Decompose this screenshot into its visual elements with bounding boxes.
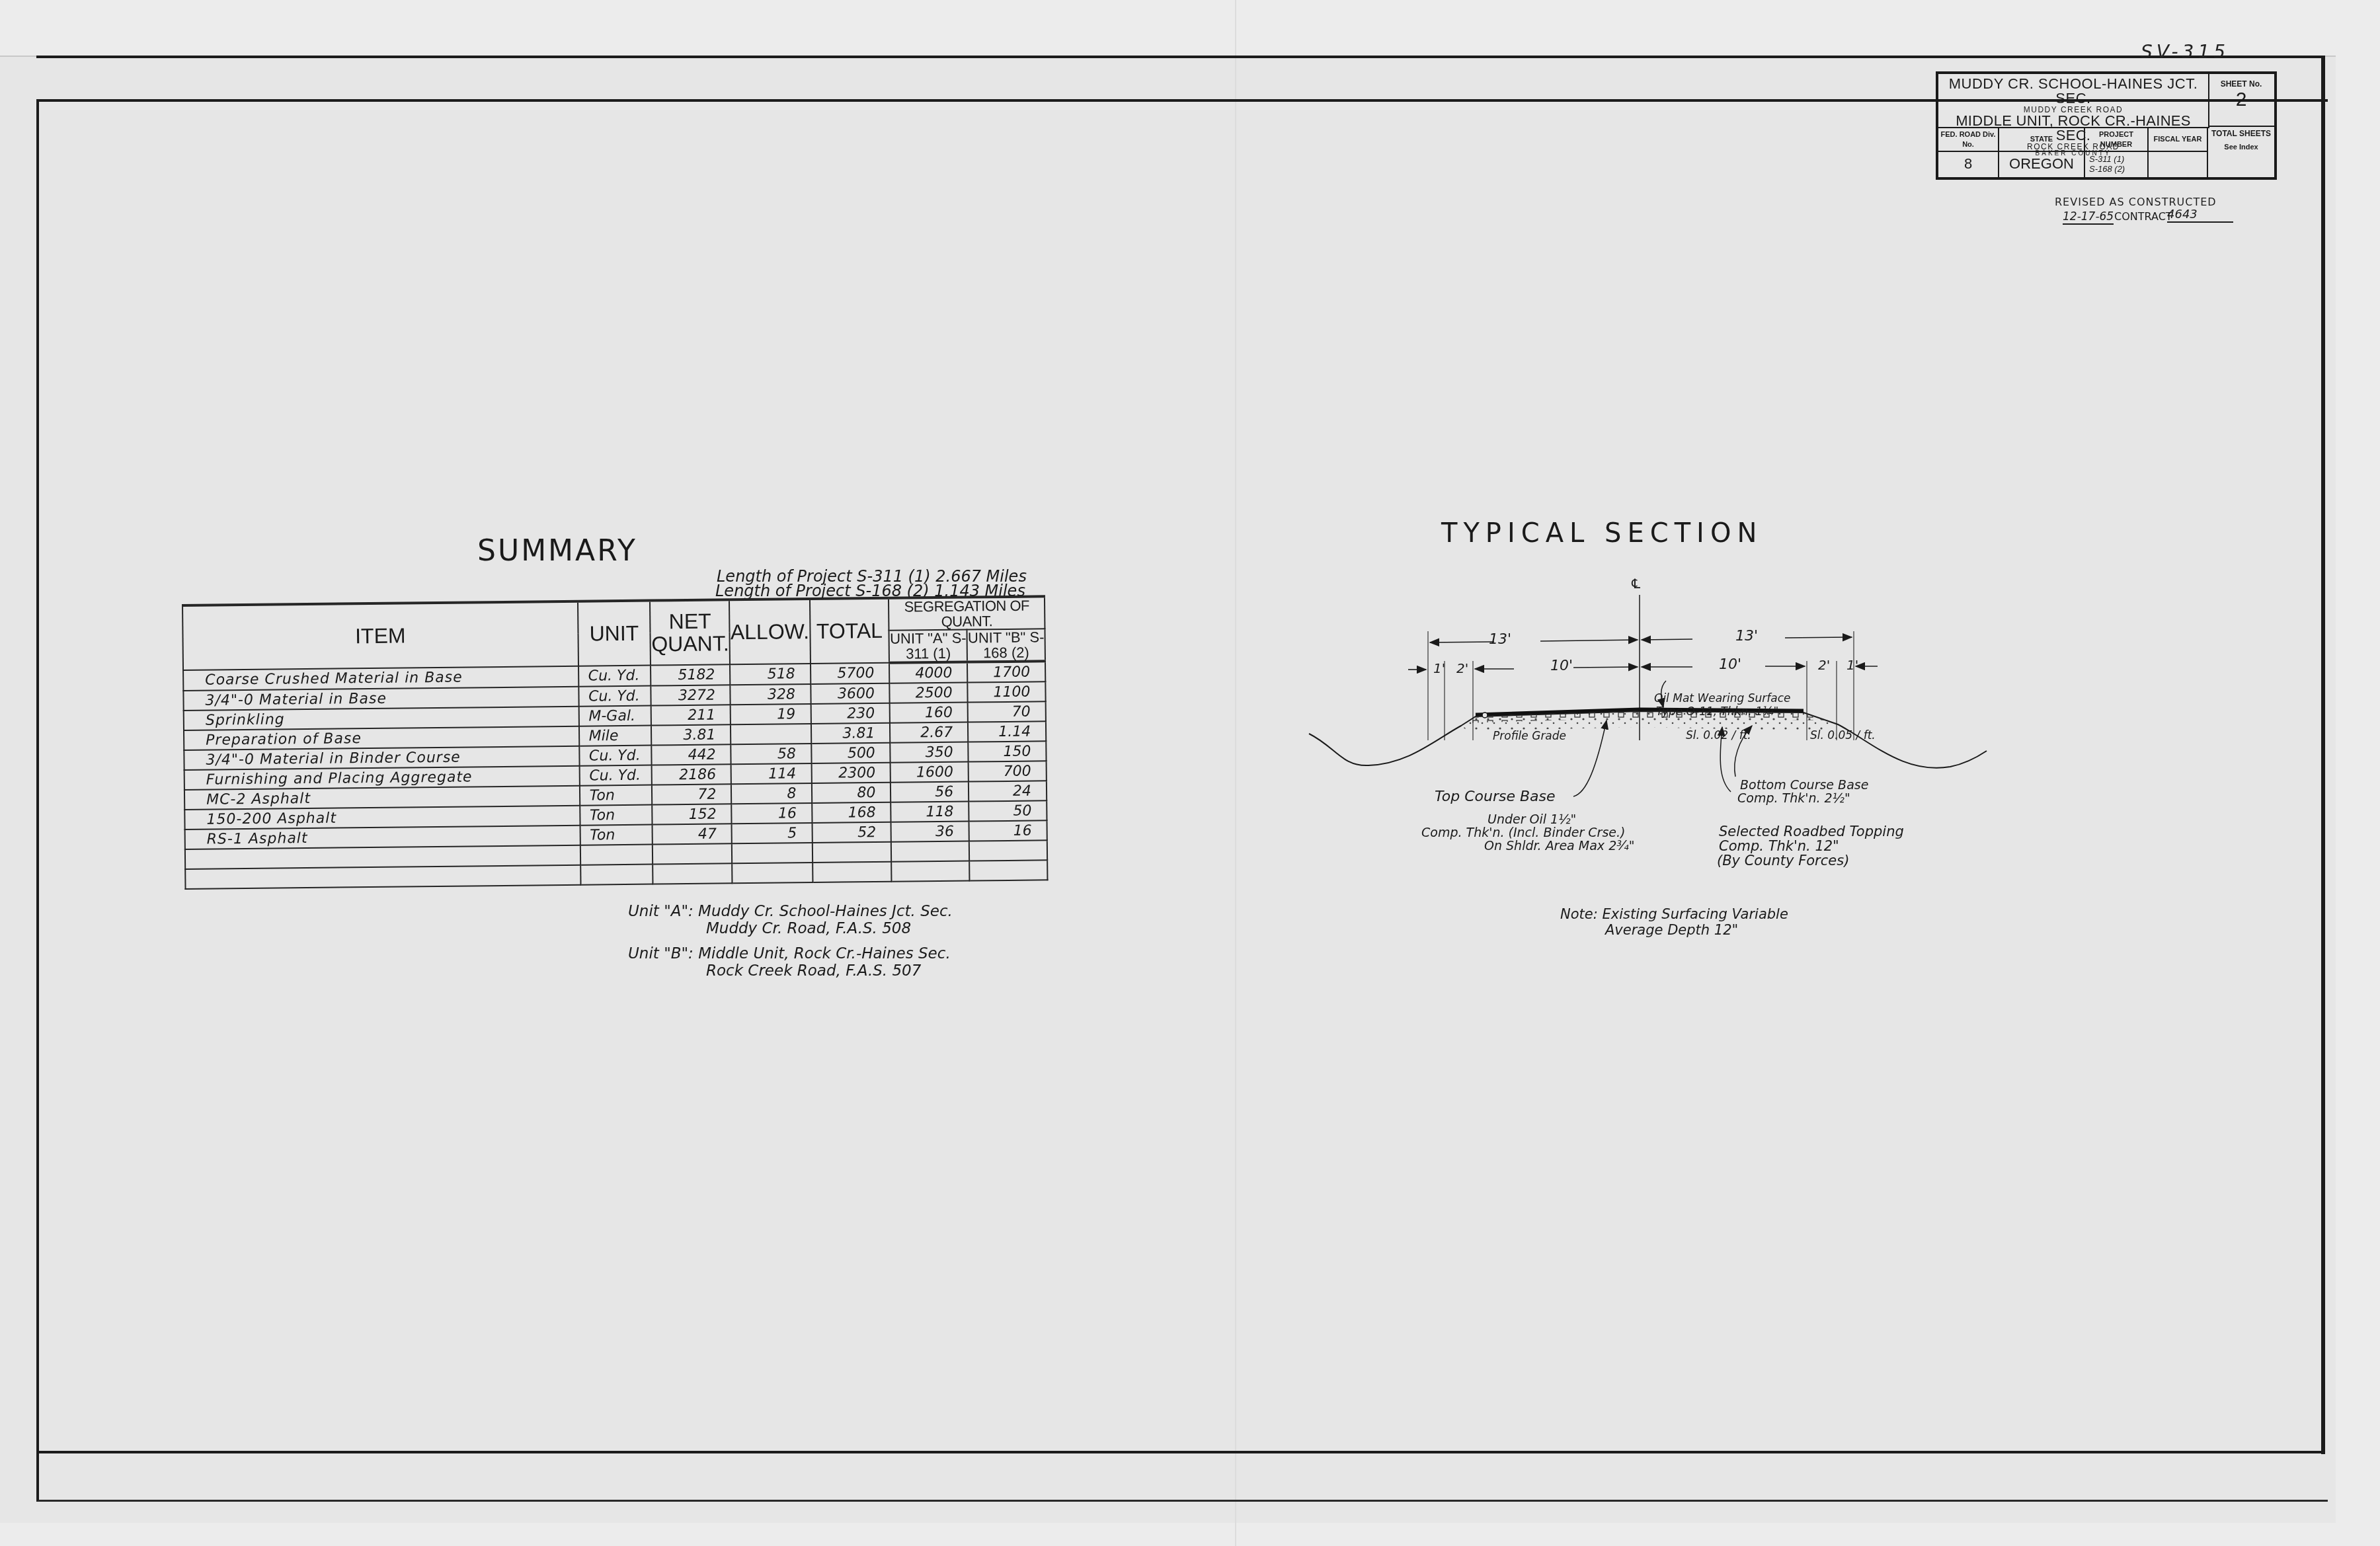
dim-10-left: 10' xyxy=(1550,658,1573,675)
unit-notes: Unit "A": Muddy Cr. School-Haines Jct. S… xyxy=(628,903,953,987)
revision-note: REVISED AS CONSTRUCTED xyxy=(2055,196,2217,208)
typical-section-drawing xyxy=(1296,568,1997,806)
net-quant-cell: 3.81 xyxy=(651,725,731,746)
net-quant-cell: 72 xyxy=(652,785,731,805)
unit-a-label: Unit "A": xyxy=(628,903,694,920)
total-sheets-value: See Index xyxy=(2208,143,2274,152)
header-unit-b: UNIT "B" S-168 (2) xyxy=(967,629,1045,662)
typical-section-title: TYPICAL SECTION xyxy=(1441,518,1763,549)
unit-a-cell: 56 xyxy=(891,782,969,802)
dim-2-left: 2' xyxy=(1456,660,1468,677)
net-quant-cell xyxy=(653,864,733,884)
project-number-label: PROJECT NUMBER xyxy=(2085,127,2147,152)
allow-cell: 8 xyxy=(731,783,811,804)
unit-a-cell: 36 xyxy=(891,822,969,842)
total-cell: 3.81 xyxy=(811,723,890,744)
unit-b-note: Unit "B": Middle Unit, Rock Cr.-Haines S… xyxy=(628,945,953,980)
unit-a-cell: 2.67 xyxy=(890,722,968,743)
header-unit: UNIT xyxy=(578,601,651,667)
total-cell: 52 xyxy=(812,822,891,843)
item-cell xyxy=(185,865,580,889)
unit-cell: Ton xyxy=(580,805,653,826)
inner-border-top xyxy=(36,56,2324,58)
contract-label: CONTRACT xyxy=(2114,210,2172,223)
sheet-number-cell: SHEET No. 2 xyxy=(2208,74,2274,127)
header-total: TOTAL xyxy=(809,598,889,664)
allow-cell: 19 xyxy=(731,704,811,724)
surfacing-note-2: Average Depth 12" xyxy=(1605,921,1738,939)
total-cell xyxy=(813,862,892,882)
fed-road-value: 8 xyxy=(1938,152,1998,176)
unit-cell: Cu. Yd. xyxy=(579,765,652,786)
allow-cell: 328 xyxy=(731,684,811,705)
unit-a-line1: Muddy Cr. School-Haines Jct. Sec. xyxy=(698,903,953,920)
unit-b-cell: 24 xyxy=(969,781,1047,802)
unit-b-cell: 16 xyxy=(969,821,1047,841)
surfacing-note-1: Note: Existing Surfacing Variable xyxy=(1560,906,1788,923)
dim-1-right: 1' xyxy=(1846,656,1858,674)
unit-b-cell: 1.14 xyxy=(968,722,1046,742)
project-title-1: MUDDY CR. SCHOOL-HAINES JCT. SEC. xyxy=(1938,77,2208,106)
bottom-course-label-1: Bottom Course Base xyxy=(1740,779,1868,792)
revision-date: 12-17-65 xyxy=(2063,210,2114,225)
unit-cell: Cu. Yd. xyxy=(579,746,652,766)
summary-table: ITEM UNIT NET QUANT. ALLOW. TOTAL SEGREG… xyxy=(182,595,1048,890)
unit-cell: Mile xyxy=(579,726,652,746)
unit-b-cell xyxy=(969,861,1047,881)
net-quant-cell: 3272 xyxy=(651,685,731,706)
allow-cell: 16 xyxy=(732,803,812,824)
unit-a-cell: 160 xyxy=(890,703,968,723)
roadbed-topping-label-2: Comp. Thk'n. 12" xyxy=(1719,839,1839,853)
net-quant-cell xyxy=(653,844,732,865)
bottom-course-label-2: Comp. Thk'n. 2½" xyxy=(1737,792,1850,805)
net-quant-cell: 47 xyxy=(653,824,732,845)
net-quant-cell: 211 xyxy=(651,705,731,726)
drawing-number: SV-315 xyxy=(2141,41,2229,63)
under-oil-label-2: Comp. Thk'n. (Incl. Binder Crse.) xyxy=(1421,826,1625,839)
project-number-values: S-311 (1) S-168 (2) xyxy=(2085,152,2147,178)
state-cell: STATE OREGON xyxy=(1999,127,2085,177)
unit-b-cell: 70 xyxy=(968,702,1046,722)
header-segregation: SEGREGATION OF QUANT. xyxy=(889,596,1045,631)
summary-title: SUMMARY xyxy=(477,534,637,568)
net-quant-cell: 442 xyxy=(652,745,731,765)
unit-a-note: Unit "A": Muddy Cr. School-Haines Jct. S… xyxy=(628,903,953,937)
title-block: MUDDY CR. SCHOOL-HAINES JCT. SEC. MUDDY … xyxy=(1936,71,2277,180)
unit-b-cell: 700 xyxy=(969,761,1047,782)
header-unit-a: UNIT "A" S-311 (1) xyxy=(889,630,967,663)
fiscal-year-cell: FISCAL YEAR xyxy=(2149,127,2208,177)
state-label: STATE xyxy=(1999,127,2084,152)
allow-cell: 58 xyxy=(731,744,811,764)
dim-10-right: 10' xyxy=(1719,656,1741,674)
sheet-number: 2 xyxy=(2208,90,2274,110)
slope-shoulder-label: Sl. 0.05 / ft. xyxy=(1810,729,1876,742)
roadbed-topping-label-1: Selected Roadbed Topping xyxy=(1719,825,1904,838)
unit-b-cell: 50 xyxy=(969,801,1047,822)
unit-a-cell: 118 xyxy=(891,802,969,822)
unit-cell: Cu. Yd. xyxy=(578,686,651,707)
allow-cell: 114 xyxy=(731,763,811,784)
unit-b-line2: Rock Creek Road, F.A.S. 507 xyxy=(628,962,953,980)
roadbed-topping-label-3: (By County Forces) xyxy=(1717,854,1849,867)
centerline-symbol: ℄ xyxy=(1632,575,1640,592)
contract-number: 4643 xyxy=(2167,208,2233,223)
unit-cell: Cu. Yd. xyxy=(578,666,651,687)
allow-cell xyxy=(733,863,813,883)
header-net-quant: NET QUANT. xyxy=(650,599,730,666)
project-number-cell: PROJECT NUMBER S-311 (1) S-168 (2) xyxy=(2085,127,2149,177)
total-cell: 168 xyxy=(812,802,891,823)
unit-b-cell: 150 xyxy=(968,742,1046,762)
dim-13-right: 13' xyxy=(1735,628,1758,645)
header-allow: ALLOW. xyxy=(729,599,810,665)
dim-13-left: 13' xyxy=(1489,631,1511,648)
unit-b-cell: 1100 xyxy=(967,682,1045,703)
fiscal-year-value xyxy=(2149,152,2207,176)
oil-mat-label-1: Oil Mat Wearing Surface xyxy=(1654,692,1791,705)
top-course-base-label: Top Course Base xyxy=(1435,789,1556,806)
total-cell: 500 xyxy=(811,743,891,763)
fiscal-year-label: FISCAL YEAR xyxy=(2149,127,2207,152)
net-quant-cell: 152 xyxy=(653,804,732,825)
inner-border-right xyxy=(2321,56,2325,1454)
total-sheets-label: TOTAL SHEETS xyxy=(2208,128,2274,139)
total-cell: 5700 xyxy=(810,663,889,684)
unit-cell xyxy=(580,845,653,865)
allow-cell xyxy=(732,843,812,863)
under-oil-label-3: On Shldr. Area Max 2¾" xyxy=(1484,839,1634,853)
unit-cell xyxy=(580,865,653,885)
allow-cell: 518 xyxy=(730,664,810,685)
dim-1-left: 1' xyxy=(1433,660,1445,677)
summary-table-body: Coarse Crushed Material in BaseCu. Yd.51… xyxy=(183,662,1047,890)
unit-b-label: Unit "B": xyxy=(628,945,694,962)
under-oil-label-1: Under Oil 1½" xyxy=(1487,813,1576,826)
unit-a-cell xyxy=(891,841,969,862)
unit-a-cell: 4000 xyxy=(889,662,967,683)
dim-2-right: 2' xyxy=(1818,656,1830,674)
unit-cell: Ton xyxy=(579,785,652,806)
total-cell: 2300 xyxy=(811,763,891,783)
unit-a-cell xyxy=(892,861,970,882)
total-cell xyxy=(812,842,891,863)
net-quant-cell: 5182 xyxy=(651,665,730,686)
allow-cell xyxy=(731,724,811,744)
unit-b-cell xyxy=(969,841,1047,861)
title-block-project-names: MUDDY CR. SCHOOL-HAINES JCT. SEC. MUDDY … xyxy=(1938,74,2209,128)
unit-cell: Ton xyxy=(580,825,653,845)
project-number-2: S-168 (2) xyxy=(2089,164,2147,174)
total-sheets-cell: TOTAL SHEETS See Index xyxy=(2208,126,2274,177)
oil-mat-label-2: Type O-11, Thkn. 1¼" xyxy=(1656,705,1778,718)
slope-lane-label: Sl. 0.02 / ft. xyxy=(1686,729,1751,742)
allow-cell: 5 xyxy=(732,823,812,843)
state-value: OREGON xyxy=(1999,152,2084,176)
fed-road-cell: FED. ROAD Div. No. 8 xyxy=(1938,127,1999,177)
profile-grade-label: Profile Grade xyxy=(1493,730,1566,743)
unit-cell: M-Gal. xyxy=(578,706,651,726)
total-cell: 3600 xyxy=(811,683,890,704)
project-number-1: S-311 (1) xyxy=(2089,154,2147,164)
total-cell: 80 xyxy=(811,783,891,803)
total-cell: 230 xyxy=(811,703,890,724)
fed-road-label: FED. ROAD Div. No. xyxy=(1938,127,1998,152)
header-item: ITEM xyxy=(182,601,578,671)
inner-border-bottom xyxy=(36,1451,2325,1453)
unit-a-line2: Muddy Cr. Road, F.A.S. 508 xyxy=(628,920,953,937)
unit-a-cell: 350 xyxy=(891,742,969,763)
unit-b-line1: Middle Unit, Rock Cr.-Haines Sec. xyxy=(698,945,951,962)
net-quant-cell: 2186 xyxy=(652,765,731,785)
unit-b-cell: 1700 xyxy=(967,662,1045,683)
unit-a-cell: 2500 xyxy=(890,683,968,703)
unit-a-cell: 1600 xyxy=(891,762,969,783)
